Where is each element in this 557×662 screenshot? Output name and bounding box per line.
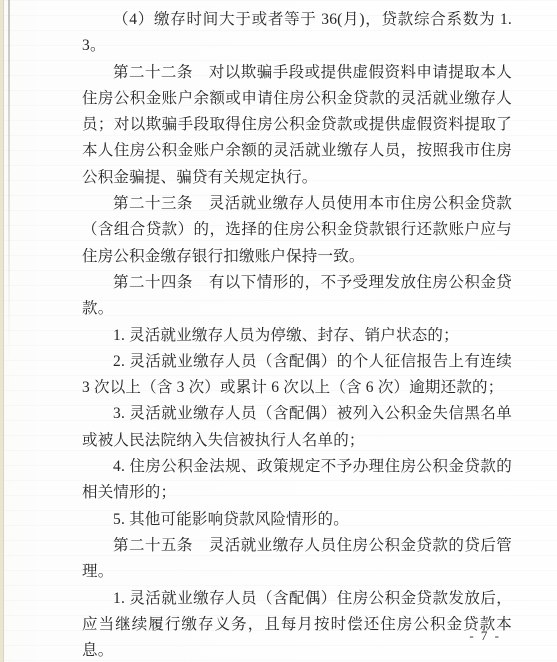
- scan-page-edge: [0, 0, 4, 662]
- list-item-4: 4. 住房公积金法规、政策规定不予办理住房公积金贷款的相关情形的；: [82, 454, 512, 507]
- list-item-2: 2. 灵活就业缴存人员（含配偶）的个人征信报告上有连续 3 次以上（含 3 次）…: [82, 349, 512, 402]
- document-body: （4）缴存时间大于或者等于 36(月)，贷款综合系数为 1.3。 第二十二条 对…: [82, 7, 512, 662]
- paragraph: （4）缴存时间大于或者等于 36(月)，贷款综合系数为 1.3。: [82, 7, 512, 60]
- scan-artifact-line: [8, 0, 10, 360]
- list-item-1b: 1. 灵活就业缴存人员（含配偶）住房公积金贷款发放后，应当继续履行缴存义务，且每…: [82, 586, 512, 662]
- list-item-3: 3. 灵活就业缴存人员（含配偶）被列入公积金失信黑名单或被人民法院纳入失信被执行…: [82, 401, 512, 454]
- article-paragraph-23: 第二十三条 灵活就业缴存人员使用本市住房公积金贷款（含组合贷款）的，选择的住房公…: [82, 191, 512, 270]
- list-item-5: 5. 其他可能影响贷款风险情形的。: [82, 507, 512, 533]
- scanned-document-page: （4）缴存时间大于或者等于 36(月)，贷款综合系数为 1.3。 第二十二条 对…: [0, 0, 557, 662]
- article-paragraph-24: 第二十四条 有以下情形的，不予受理发放住房公积金贷款。: [82, 270, 512, 323]
- list-item-1: 1. 灵活就业缴存人员为停缴、封存、销户状态的；: [82, 323, 512, 349]
- article-paragraph-22: 第二十二条 对以欺骗手段或提供虚假资料申请提取本人住房公积金账户余额或申请住房公…: [82, 60, 512, 191]
- article-paragraph-25: 第二十五条 灵活就业缴存人员住房公积金贷款的贷后管理。: [82, 533, 512, 586]
- page-number: - 7 -: [469, 628, 501, 644]
